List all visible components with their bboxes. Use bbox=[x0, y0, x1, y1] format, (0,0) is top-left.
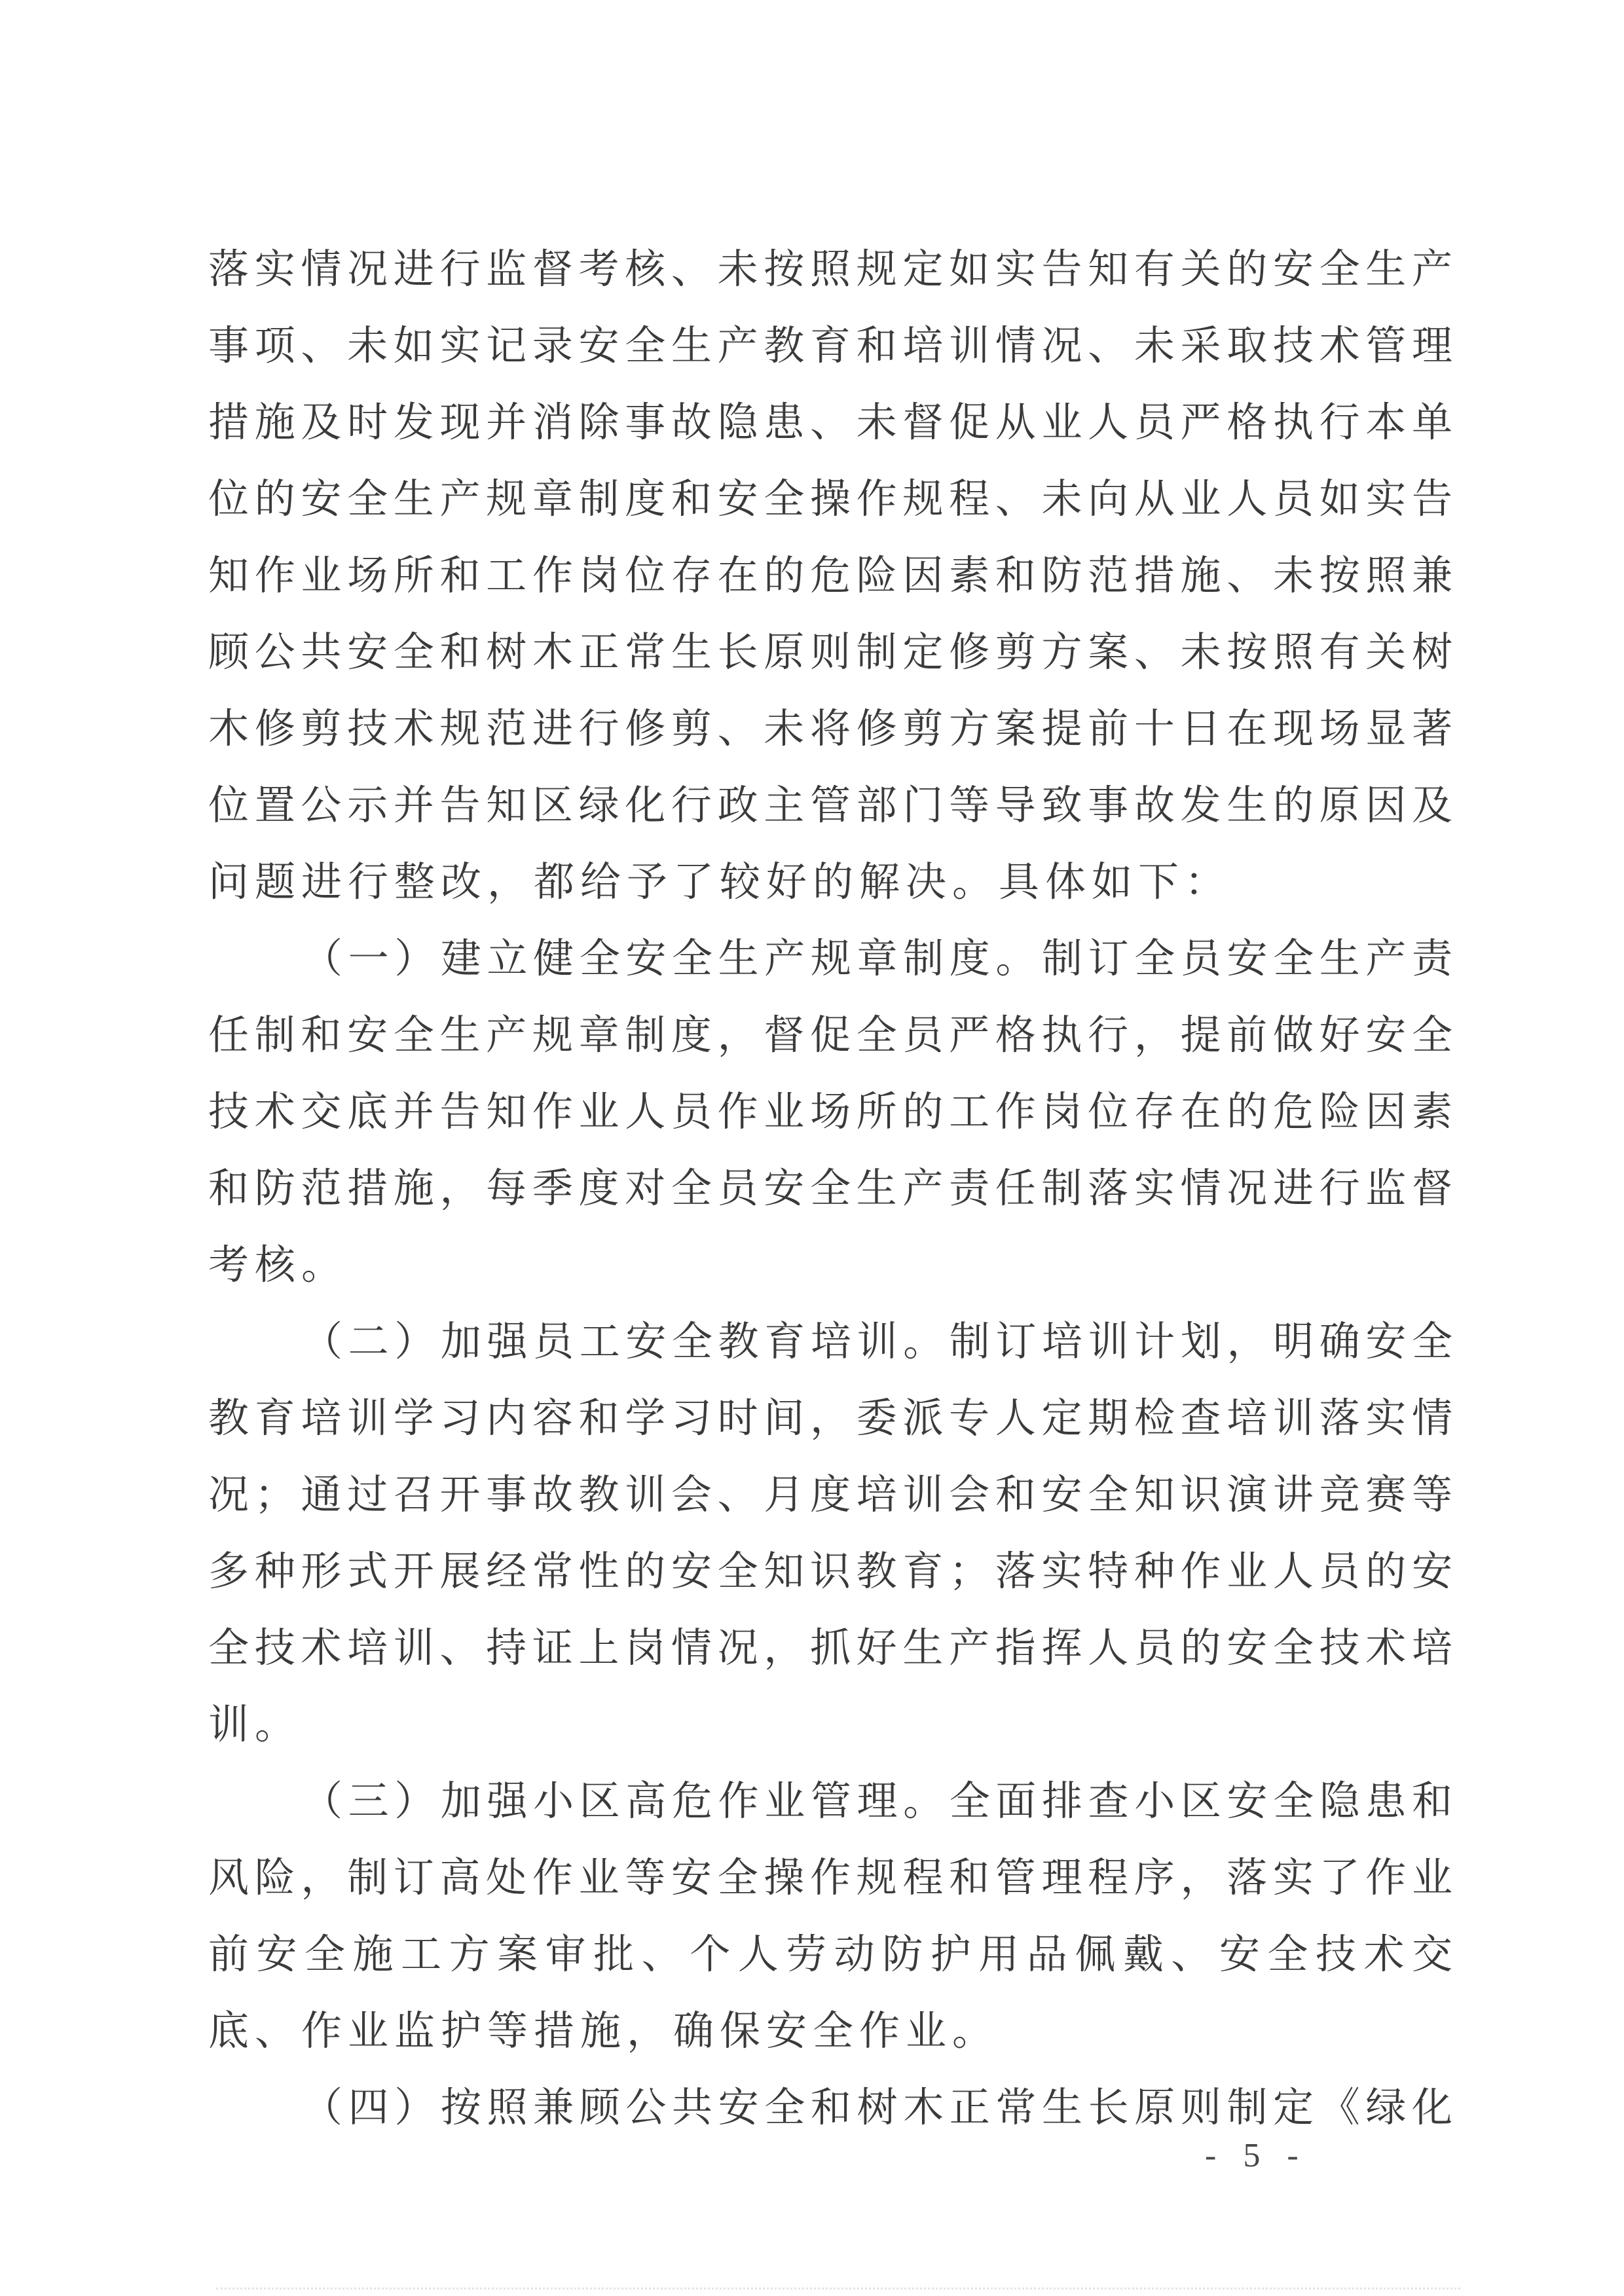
text-line: 位置公示并告知区绿化行政主管部门等导致事故发生的原因及 bbox=[208, 768, 1452, 845]
text-line: （二）加强员工安全教育培训。制订培训计划，明确安全 bbox=[208, 1304, 1452, 1381]
text-line: 全技术培训、持证上岗情况，抓好生产指挥人员的安全技术培 bbox=[208, 1611, 1452, 1687]
text-line: 考核。 bbox=[208, 1228, 1452, 1304]
text-line: 位的安全生产规章制度和安全操作规程、未向从业人员如实告 bbox=[208, 462, 1452, 538]
page-number: - 5 - bbox=[1205, 2133, 1308, 2179]
text-line: 顾公共安全和树木正常生长原则制定修剪方案、未按照有关树 bbox=[208, 615, 1452, 691]
text-line: 前安全施工方案审批、个人劳动防护用品佩戴、安全技术交 bbox=[208, 1917, 1452, 1994]
scan-noise-line bbox=[216, 2287, 1460, 2289]
text-line: 况；通过召开事故教训会、月度培训会和安全知识演讲竞赛等 bbox=[208, 1457, 1452, 1534]
document-text: 落实情况进行监督考核、未按照规定如实告知有关的安全生产事项、未如实记录安全生产教… bbox=[208, 232, 1452, 2147]
text-line: 事项、未如实记录安全生产教育和培训情况、未采取技术管理 bbox=[208, 308, 1452, 385]
text-line: 任制和安全生产规章制度，督促全员严格执行，提前做好安全 bbox=[208, 998, 1452, 1074]
text-line: 落实情况进行监督考核、未按照规定如实告知有关的安全生产 bbox=[208, 232, 1452, 308]
document-page: 落实情况进行监督考核、未按照规定如实告知有关的安全生产事项、未如实记录安全生产教… bbox=[0, 0, 1624, 2296]
text-line: 木修剪技术规范进行修剪、未将修剪方案提前十日在现场显著 bbox=[208, 691, 1452, 768]
text-line: 教育培训学习内容和学习时间，委派专人定期检查培训落实情 bbox=[208, 1381, 1452, 1457]
text-line: 底、作业监护等措施，确保安全作业。 bbox=[208, 1994, 1452, 2070]
text-line: 知作业场所和工作岗位存在的危险因素和防范措施、未按照兼 bbox=[208, 538, 1452, 615]
text-line: 多种形式开展经常性的安全知识教育；落实特种作业人员的安 bbox=[208, 1534, 1452, 1611]
text-line: （一）建立健全安全生产规章制度。制订全员安全生产责 bbox=[208, 921, 1452, 998]
text-line: （三）加强小区高危作业管理。全面排查小区安全隐患和 bbox=[208, 1764, 1452, 1840]
text-line: 风险，制订高处作业等安全操作规程和管理程序，落实了作业 bbox=[208, 1840, 1452, 1917]
text-line: 问题进行整改，都给予了较好的解决。具体如下： bbox=[208, 845, 1452, 921]
text-line: 技术交底并告知作业人员作业场所的工作岗位存在的危险因素 bbox=[208, 1074, 1452, 1151]
text-line: 措施及时发现并消除事故隐患、未督促从业人员严格执行本单 bbox=[208, 385, 1452, 462]
text-line: 训。 bbox=[208, 1687, 1452, 1764]
text-line: 和防范措施，每季度对全员安全生产责任制落实情况进行监督 bbox=[208, 1151, 1452, 1228]
